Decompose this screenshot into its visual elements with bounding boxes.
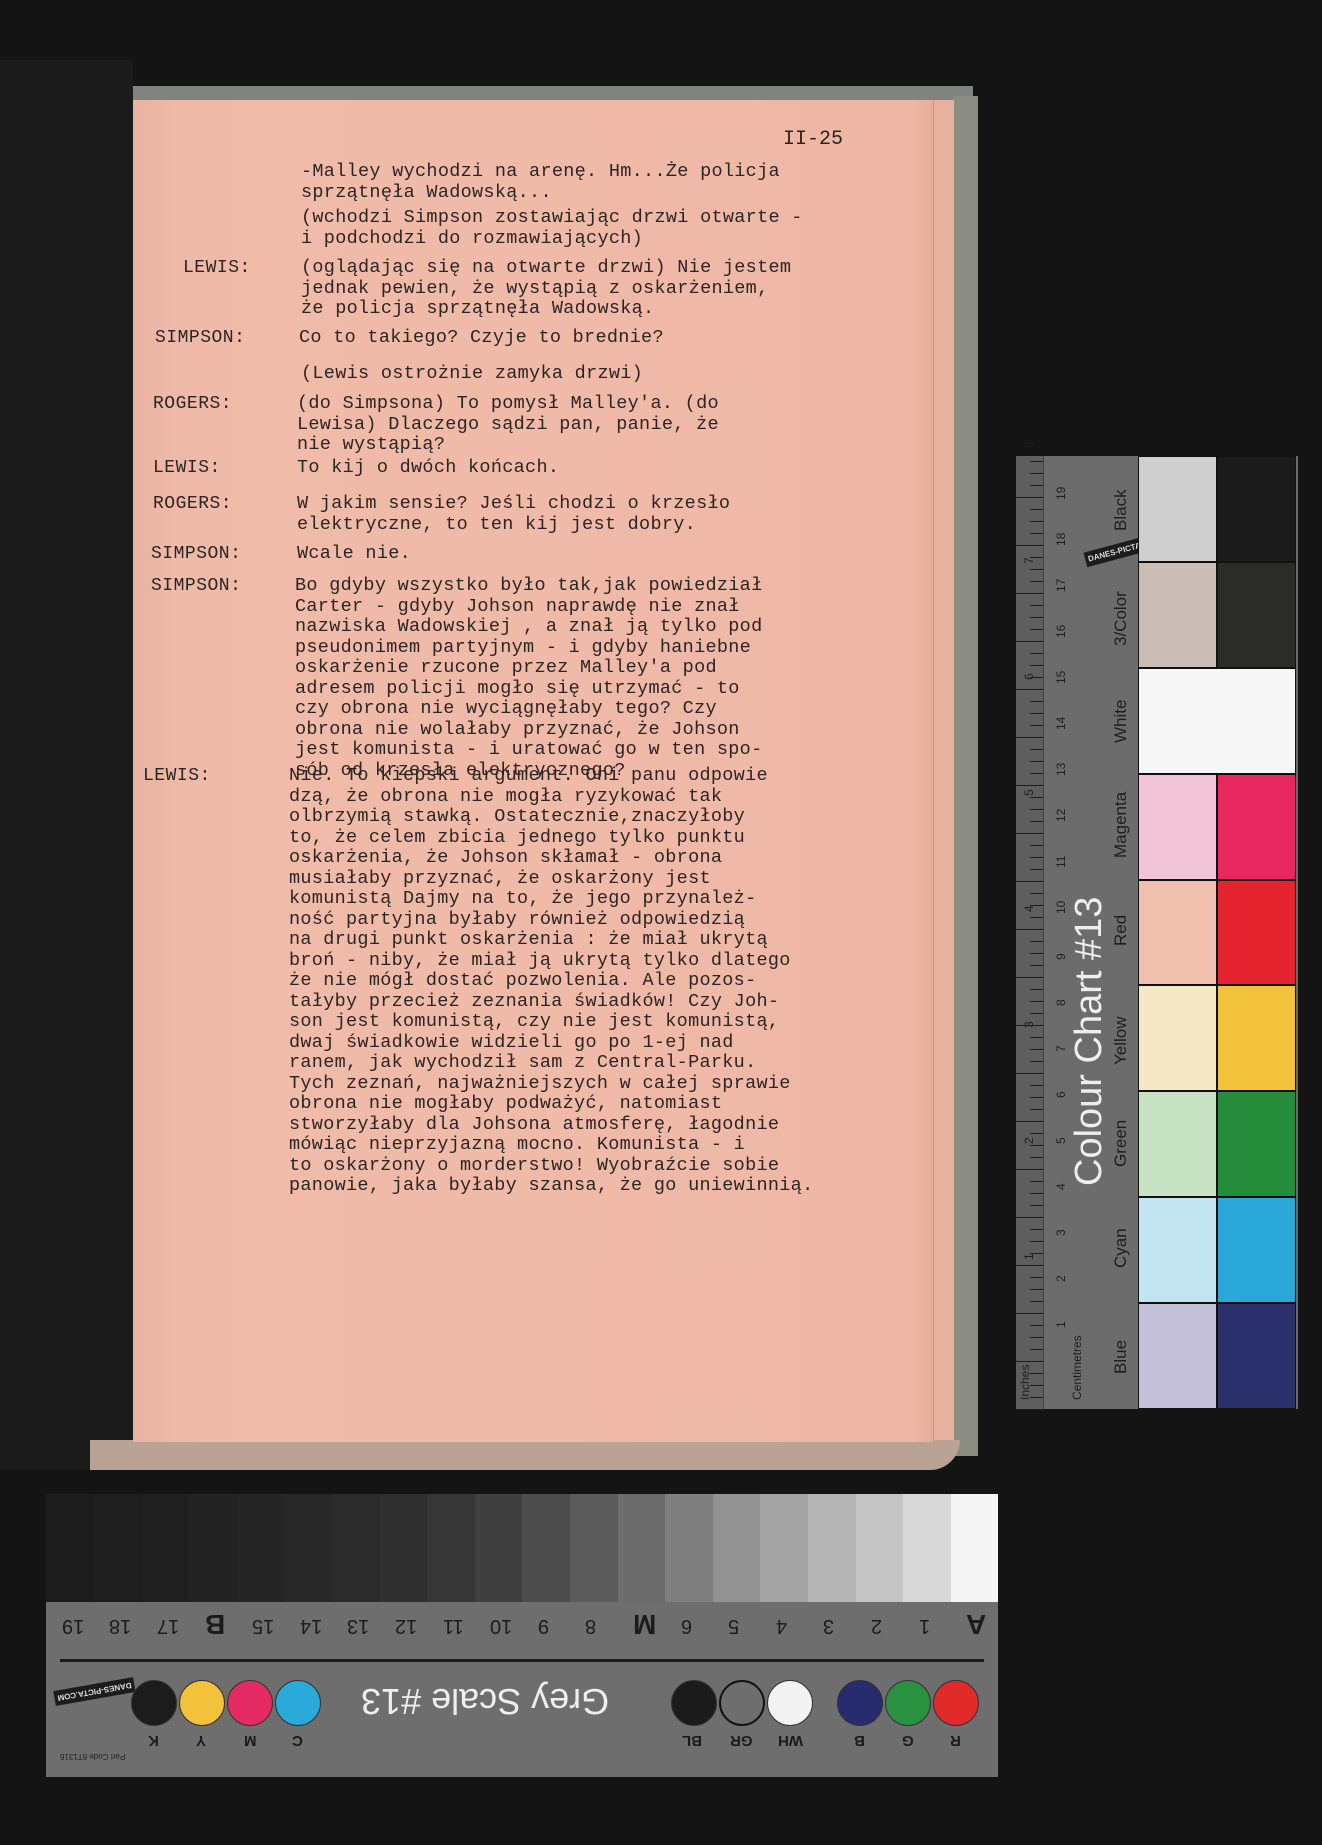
grey-step-label: B: [205, 1608, 225, 1640]
color-dot-label: C: [292, 1732, 303, 1749]
speaker-label: SIMPSON:: [151, 544, 241, 564]
grey-step: [189, 1494, 237, 1602]
ruler-tick: [1030, 1001, 1043, 1002]
ruler-inches: [1016, 456, 1044, 1409]
divider-line: [60, 1659, 984, 1662]
grey-step-label: 12: [395, 1614, 417, 1637]
dialogue-text: W jakim sensie? Jeśli chodzi o krzesło e…: [297, 494, 730, 535]
cm-mark: 11: [1054, 856, 1068, 868]
ruler-tick: [1016, 1073, 1043, 1074]
grey-step: [236, 1494, 284, 1602]
dialogue-text: Co to takiego? Czyje to brednie?: [299, 328, 664, 349]
ruler-tick: [1030, 1013, 1043, 1014]
ruler-tick: [1030, 965, 1043, 966]
grey-step: [141, 1494, 189, 1602]
ruler-tick: [1016, 1217, 1043, 1218]
grey-scale-chart: Grey Scale #13 DANES-PICTA.COM Part Code…: [46, 1494, 998, 1777]
grey-step-label: 4: [776, 1614, 787, 1637]
inch-mark: 5: [1022, 789, 1036, 796]
ruler-tick: [1030, 1157, 1043, 1158]
grey-step-label: 5: [728, 1614, 739, 1637]
speaker-label: LEWIS:: [143, 766, 211, 786]
ruler-tick: [1016, 785, 1043, 786]
ruler-tick: [1016, 881, 1043, 882]
ruler-tick: [1030, 713, 1043, 714]
stage-direction: -Malley wychodzi na arenę. Hm...Że polic…: [301, 162, 780, 203]
patch-label: Blue: [1111, 1340, 1131, 1374]
cm-mark: 12: [1054, 809, 1068, 822]
grey-step-label: 8: [585, 1614, 596, 1637]
ruler-tick: [1030, 821, 1043, 822]
part-code: Part Code 8T1316: [60, 1752, 125, 1761]
cm-mark: 16: [1054, 625, 1068, 638]
cm-mark: 13: [1054, 763, 1068, 776]
ruler-tick: [1030, 797, 1043, 798]
cm-mark: 19: [1054, 487, 1068, 500]
grey-step: [427, 1494, 475, 1602]
swatch-red-dark: [1217, 880, 1296, 986]
ruler-tick: [1030, 605, 1043, 606]
ruler-tick: [1030, 773, 1043, 774]
grey-step: [570, 1494, 618, 1602]
page-number: II-25: [783, 128, 843, 151]
ruler-tick: [1030, 845, 1043, 846]
ruler-tick: [1030, 1145, 1043, 1146]
speaker-label: LEWIS:: [183, 258, 251, 278]
cm-mark: 2: [1054, 1275, 1068, 1282]
dialogue-text: Wcale nie.: [297, 544, 411, 565]
stage-direction: (Lewis ostrożnie zamyka drzwi): [301, 364, 643, 385]
patch-label: Black: [1111, 490, 1131, 532]
swatch-cyan-light: [1138, 1197, 1217, 1303]
patch-label: Red: [1111, 915, 1131, 946]
swatch-white: [1138, 668, 1296, 774]
inch-mark: 7: [1022, 557, 1036, 564]
grey-step-label: 1: [919, 1614, 930, 1637]
ruler-tick: [1030, 809, 1043, 810]
centimetres-label: Centimetres: [1070, 1335, 1084, 1400]
cm-mark: 1: [1054, 1321, 1068, 1328]
stage-direction: (wchodzi Simpson zostawiając drzwi otwar…: [301, 208, 803, 249]
ruler-tick: [1016, 641, 1043, 642]
swatch-yellow-dark: [1217, 985, 1296, 1091]
swatch-magenta-light: [1138, 774, 1217, 880]
ruler-tick: [1030, 1097, 1043, 1098]
ruler-tick: [1030, 473, 1043, 474]
inch-mark: 2: [1022, 1137, 1036, 1144]
ruler-tick: [1016, 977, 1043, 978]
ruler-tick: [1030, 1241, 1043, 1242]
dialogue-text: (oglądając się na otwarte drzwi) Nie jes…: [301, 258, 791, 320]
ruler-tick: [1030, 1205, 1043, 1206]
grey-step-label: M: [633, 1608, 656, 1640]
grey-step: [379, 1494, 427, 1602]
speaker-label: ROGERS:: [153, 394, 232, 414]
ruler-tick: [1030, 1337, 1043, 1338]
grey-step: [712, 1494, 760, 1602]
color-dot-bl: [671, 1680, 717, 1726]
ruler-tick: [1030, 629, 1043, 630]
color-dot-y: [179, 1680, 225, 1726]
cm-mark: 4: [1054, 1183, 1068, 1190]
ruler-tick: [1030, 1229, 1043, 1230]
grey-step-label: 3: [823, 1614, 834, 1637]
ruler-tick: [1030, 1349, 1043, 1350]
ruler-tick: [1030, 917, 1043, 918]
cm-mark: 8: [1054, 999, 1068, 1006]
ruler-tick: [1016, 737, 1043, 738]
cm-mark: 3: [1054, 1229, 1068, 1236]
colour-chart: Colour Chart #13 Inches Centimetres DANE…: [1016, 456, 1298, 1409]
inch-mark: 1: [1022, 1253, 1036, 1260]
grey-step-label: 15: [252, 1614, 274, 1637]
ruler-tick: [1030, 1277, 1043, 1278]
dialogue-text: To kij o dwóch końcach.: [297, 458, 559, 479]
ruler-tick: [1030, 857, 1043, 858]
swatch-red-light: [1138, 880, 1217, 986]
ruler-tick: [1016, 833, 1043, 834]
ruler-tick: [1016, 593, 1043, 594]
color-dot-c: [275, 1680, 321, 1726]
patch-label: Green: [1111, 1120, 1131, 1167]
patch-label: White: [1111, 700, 1131, 743]
cm-mark: 17: [1054, 579, 1068, 592]
color-dot-wh: [767, 1680, 813, 1726]
grey-step: [808, 1494, 856, 1602]
ruler-tick: [1030, 1085, 1043, 1086]
inch-mark: 8: [1022, 441, 1036, 448]
grey-step: [474, 1494, 522, 1602]
cm-mark: 18: [1054, 533, 1068, 546]
grey-scale-title: Grey Scale #13: [361, 1680, 609, 1722]
inch-mark: 6: [1022, 673, 1036, 680]
dialogue-text: Bo gdyby wszystko było tak,jak powiedzia…: [295, 576, 762, 781]
ruler-tick: [1030, 1049, 1043, 1050]
page-fore-edge: [933, 100, 954, 1440]
color-dot-k: [131, 1680, 177, 1726]
ruler-tick: [1030, 893, 1043, 894]
inches-label: Inches: [1018, 1365, 1032, 1400]
ruler-tick: [1016, 1121, 1043, 1122]
ruler-tick: [1016, 1265, 1043, 1266]
cm-mark: 5: [1054, 1137, 1068, 1144]
grey-step-label: 9: [538, 1614, 549, 1637]
color-dot-label: M: [244, 1732, 257, 1749]
grey-step: [46, 1494, 94, 1602]
danes-picta-logo: DANES-PICTA.COM: [53, 1677, 135, 1706]
grey-step: [950, 1494, 998, 1602]
book-board-edge: [953, 96, 978, 1456]
ruler-tick: [1030, 869, 1043, 870]
ruler-tick: [1016, 1313, 1043, 1314]
cm-mark: 10: [1054, 901, 1068, 914]
color-dot-label: GR: [730, 1732, 753, 1749]
ruler-tick: [1016, 1361, 1043, 1362]
ruler-tick: [1030, 569, 1043, 570]
ruler-tick: [1030, 1301, 1043, 1302]
ruler-tick: [1030, 941, 1043, 942]
ruler-tick: [1030, 953, 1043, 954]
ruler-tick: [1030, 1133, 1043, 1134]
ruler-tick: [1030, 1061, 1043, 1062]
ruler-tick: [1030, 1109, 1043, 1110]
dialogue-text: (do Simpsona) To pomysł Malley'a. (do Le…: [297, 394, 719, 456]
grey-step-label: 6: [681, 1614, 692, 1637]
inch-mark: 4: [1022, 905, 1036, 912]
ruler-tick: [1030, 485, 1043, 486]
ruler-tick: [1030, 461, 1043, 462]
ruler-tick: [1016, 689, 1043, 690]
grey-step-label: 18: [109, 1614, 131, 1637]
speaker-label: LEWIS:: [153, 458, 221, 478]
color-dot-label: B: [854, 1732, 865, 1749]
swatch-3-color-dark: [1217, 562, 1296, 668]
ruler-tick: [1016, 929, 1043, 930]
ruler-tick: [1016, 497, 1043, 498]
ruler-tick: [1030, 533, 1043, 534]
grey-step-label: 19: [62, 1614, 84, 1637]
color-dot-m: [227, 1680, 273, 1726]
cm-mark: 7: [1054, 1045, 1068, 1052]
book-cover: [0, 60, 133, 1470]
grey-step: [760, 1494, 808, 1602]
swatch-black-light: [1138, 456, 1217, 562]
color-dot-label: R: [950, 1732, 961, 1749]
ruler-tick: [1030, 761, 1043, 762]
grey-step: [522, 1494, 570, 1602]
patch-label: Magenta: [1111, 792, 1131, 858]
ruler-tick: [1030, 1193, 1043, 1194]
swatch-black-dark: [1217, 456, 1296, 562]
cm-mark: 15: [1054, 671, 1068, 684]
swatch-3-color-light: [1138, 562, 1217, 668]
cm-mark: 6: [1054, 1091, 1068, 1098]
color-dot-g: [885, 1680, 931, 1726]
grey-step: [665, 1494, 713, 1602]
patch-label: Cyan: [1111, 1228, 1131, 1268]
grey-step-label: 10: [490, 1614, 512, 1637]
ruler-tick: [1030, 665, 1043, 666]
grey-step: [284, 1494, 332, 1602]
grey-step-label: 11: [443, 1614, 464, 1637]
patch-label: 3/Color: [1111, 592, 1131, 647]
color-dot-label: WH: [778, 1732, 803, 1749]
ruler-tick: [1030, 581, 1043, 582]
color-dot-gr: [719, 1680, 765, 1726]
ruler-tick: [1030, 1037, 1043, 1038]
cm-mark: 9: [1054, 953, 1068, 960]
inch-mark: 3: [1022, 1021, 1036, 1028]
grey-step-label: 13: [347, 1614, 369, 1637]
patch-label: Yellow: [1111, 1017, 1131, 1066]
grey-step: [903, 1494, 951, 1602]
ruler-tick: [1016, 1409, 1043, 1410]
swatch-green-dark: [1217, 1091, 1296, 1197]
swatch-cyan-dark: [1217, 1197, 1296, 1303]
page-bottom-edge: [90, 1440, 960, 1470]
color-dot-label: K: [148, 1732, 159, 1749]
ruler-tick: [1030, 617, 1043, 618]
color-dot-label: G: [902, 1732, 914, 1749]
ruler-tick: [1030, 1181, 1043, 1182]
ruler-tick: [1016, 1169, 1043, 1170]
ruler-tick: [1030, 725, 1043, 726]
ruler-tick: [1030, 1325, 1043, 1326]
color-dot-r: [933, 1680, 979, 1726]
colour-chart-title: Colour Chart #13: [1068, 897, 1111, 1186]
ruler-tick: [1016, 545, 1043, 546]
swatch-magenta-dark: [1217, 774, 1296, 880]
color-dot-label: Y: [196, 1732, 206, 1749]
ruler-tick: [1030, 989, 1043, 990]
grey-step: [617, 1494, 665, 1602]
color-dot-label: BL: [682, 1732, 702, 1749]
grey-step-label: 14: [300, 1614, 322, 1637]
swatch-green-light: [1138, 1091, 1217, 1197]
color-dot-b: [837, 1680, 883, 1726]
grey-step: [855, 1494, 903, 1602]
dialogue-text: Nie. To kiepski argument. Oni panu odpow…: [289, 766, 813, 1197]
grey-step-label: A: [966, 1608, 986, 1640]
ruler-tick: [1030, 701, 1043, 702]
swatch-blue-light: [1138, 1303, 1217, 1409]
swatch-blue-dark: [1217, 1303, 1296, 1409]
grey-step: [332, 1494, 380, 1602]
grey-step-label: 17: [157, 1614, 179, 1637]
grey-step: [94, 1494, 142, 1602]
ruler-tick: [1030, 653, 1043, 654]
ruler-tick: [1030, 1289, 1043, 1290]
typewritten-page: II-25 -Malley wychodzi na arenę. Hm...Że…: [133, 100, 933, 1442]
grey-step-label: 2: [871, 1614, 882, 1637]
ruler-tick: [1030, 521, 1043, 522]
speaker-label: SIMPSON:: [151, 576, 241, 596]
ruler-tick: [1030, 509, 1043, 510]
speaker-label: ROGERS:: [153, 494, 232, 514]
speaker-label: SIMPSON:: [155, 328, 245, 348]
cm-mark: 14: [1054, 717, 1068, 730]
ruler-tick: [1030, 749, 1043, 750]
swatch-yellow-light: [1138, 985, 1217, 1091]
